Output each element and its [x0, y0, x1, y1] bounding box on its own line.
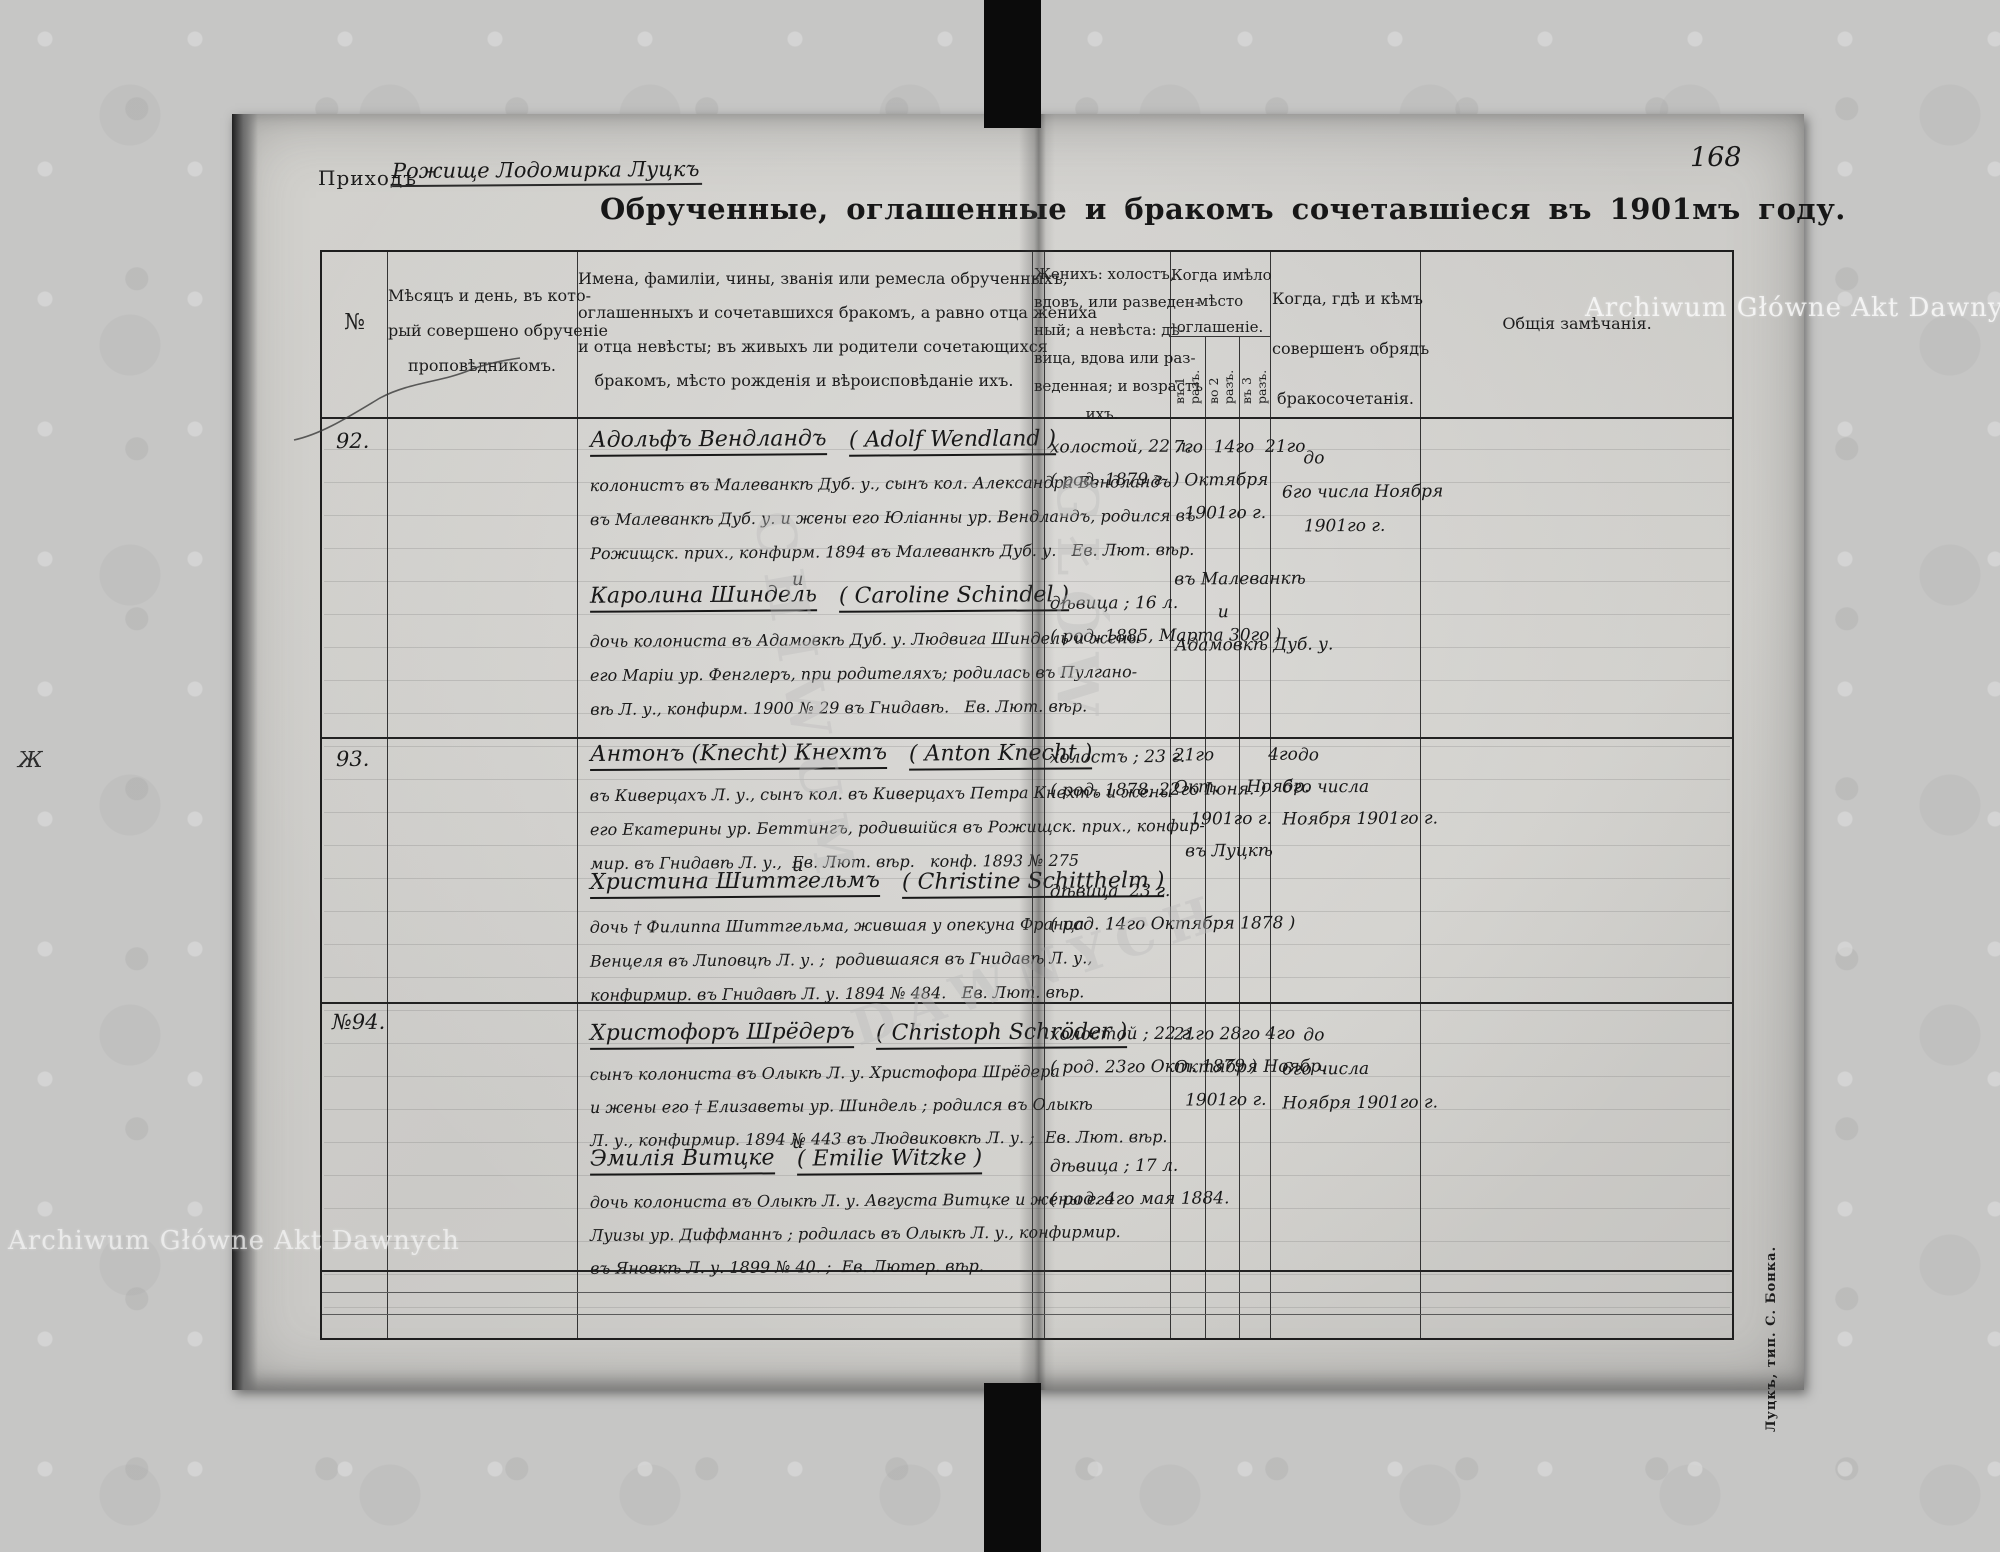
column-header-status: Женихъ: холостъ, вдовъ, или разведен- ны…	[1034, 260, 1170, 428]
binding-strip-bottom	[984, 1383, 1041, 1552]
bride-details: дочь колониста въ Олыкѣ Л. у. Августа Ви…	[590, 1182, 1121, 1285]
column-header-number: №	[322, 310, 387, 335]
bride-name-cyrillic: Каролина Шиндель	[590, 582, 817, 613]
record-number: 93.	[336, 747, 370, 771]
record-row: №94. Христофоръ Шрёдеръ( Christoph Schrö…	[322, 1002, 1732, 1270]
parish-name-handwritten: Рожище Лодомирка Луцкъ	[392, 157, 702, 187]
bride-name-latin: ( Emilie Witzke )	[796, 1145, 981, 1175]
binding-strip-top	[984, 0, 1041, 128]
margin-mark: Ж	[18, 748, 43, 773]
bride-status: дѣвица 23 г. ( род. 14го Октября 1878 )	[1050, 874, 1296, 942]
groom-name-line: Адольфъ Вендландъ( Adolf Wendland )	[590, 427, 1078, 456]
groom-name-line: Антонъ (Knecht) Кнехтъ( Anton Knecht )	[590, 741, 1114, 770]
bride-name-latin: ( Caroline Schindel )	[839, 582, 1069, 613]
column-header-names: Имена, фамиліи, чины, званія или ремесла…	[578, 262, 1030, 398]
printer-imprint: Луцкъ, тип. С. Бонка.	[1764, 1192, 1779, 1432]
table-grid-line	[322, 1314, 1732, 1315]
column-header-banns: Когда имѣло мѣсто оглашеніе.	[1171, 262, 1269, 340]
marriage-register-table: № Мѣсяцъ и день, въ кото- рый совершено …	[320, 250, 1734, 1340]
table-grid-line	[322, 1292, 1732, 1293]
record-row: 93. Антонъ (Knecht) Кнехтъ( Anton Knecht…	[322, 737, 1732, 1002]
column-header-banns-3rd: въ 3 разъ.	[1239, 340, 1271, 404]
ceremony-details: до 6го числа Ноября 1901го г.	[1282, 738, 1438, 835]
column-header-banns-2nd: во 2 разъ.	[1206, 340, 1238, 404]
bride-details: дочь † Филиппа Шиттгельма, жившая у опек…	[590, 907, 1093, 1013]
archival-scan-background: Ж Приходъ Рожище Лодомирка Луцкъ Обручен…	[0, 0, 2000, 1552]
bride-name-line: Каролина Шиндель( Caroline Schindel )	[590, 583, 1091, 612]
page-number: 168	[1690, 142, 1742, 173]
groom-name-cyrillic: Антонъ (Knecht) Кнехтъ	[590, 740, 887, 771]
archive-watermark: Archiwum Główne Akt Dawnych	[1585, 293, 2000, 323]
ink-flourish	[292, 356, 522, 446]
bride-name-cyrillic: Эмилія Витцке	[590, 1145, 775, 1175]
bride-status: дѣвица ; 17 л. ( род. 4го мая 1884.	[1050, 1149, 1230, 1216]
ceremony-details: до 6го числа Ноября 1901го г.	[1282, 1017, 1438, 1120]
ceremony-details: до 6го числа Ноября 1901го г.	[1282, 440, 1444, 543]
record-row: 92. Адольфъ Вендландъ( Adolf Wendland ) …	[322, 417, 1732, 737]
column-header-ceremony: Когда, гдѣ и кѣмъ совершенъ обрядъ брако…	[1272, 274, 1419, 424]
bride-name-cyrillic: Христина Шиттгельмъ	[590, 868, 880, 899]
archive-watermark: Archiwum Główne Akt Dawnych	[8, 1226, 460, 1256]
groom-status: холостой, 22 л. ( род. 1879 г. )	[1050, 431, 1192, 498]
groom-name-latin: ( Adolf Wendland )	[848, 426, 1055, 456]
record-number: №94.	[332, 1010, 385, 1034]
register-title: Обрученные, оглашенные и бракомъ сочетав…	[600, 192, 1540, 226]
bride-name-line: Эмилія Витцке( Emilie Witzke )	[590, 1146, 1004, 1175]
register-page-scan: Приходъ Рожище Лодомирка Луцкъ Обрученны…	[232, 114, 1804, 1390]
column-header-banns-1st: въ 1 разъ.	[1172, 340, 1204, 404]
book-spine-edge	[232, 114, 258, 1390]
groom-name-cyrillic: Адольфъ Вендландъ	[590, 426, 827, 457]
groom-name-cyrillic: Христофоръ Шрёдеръ	[590, 1019, 855, 1050]
